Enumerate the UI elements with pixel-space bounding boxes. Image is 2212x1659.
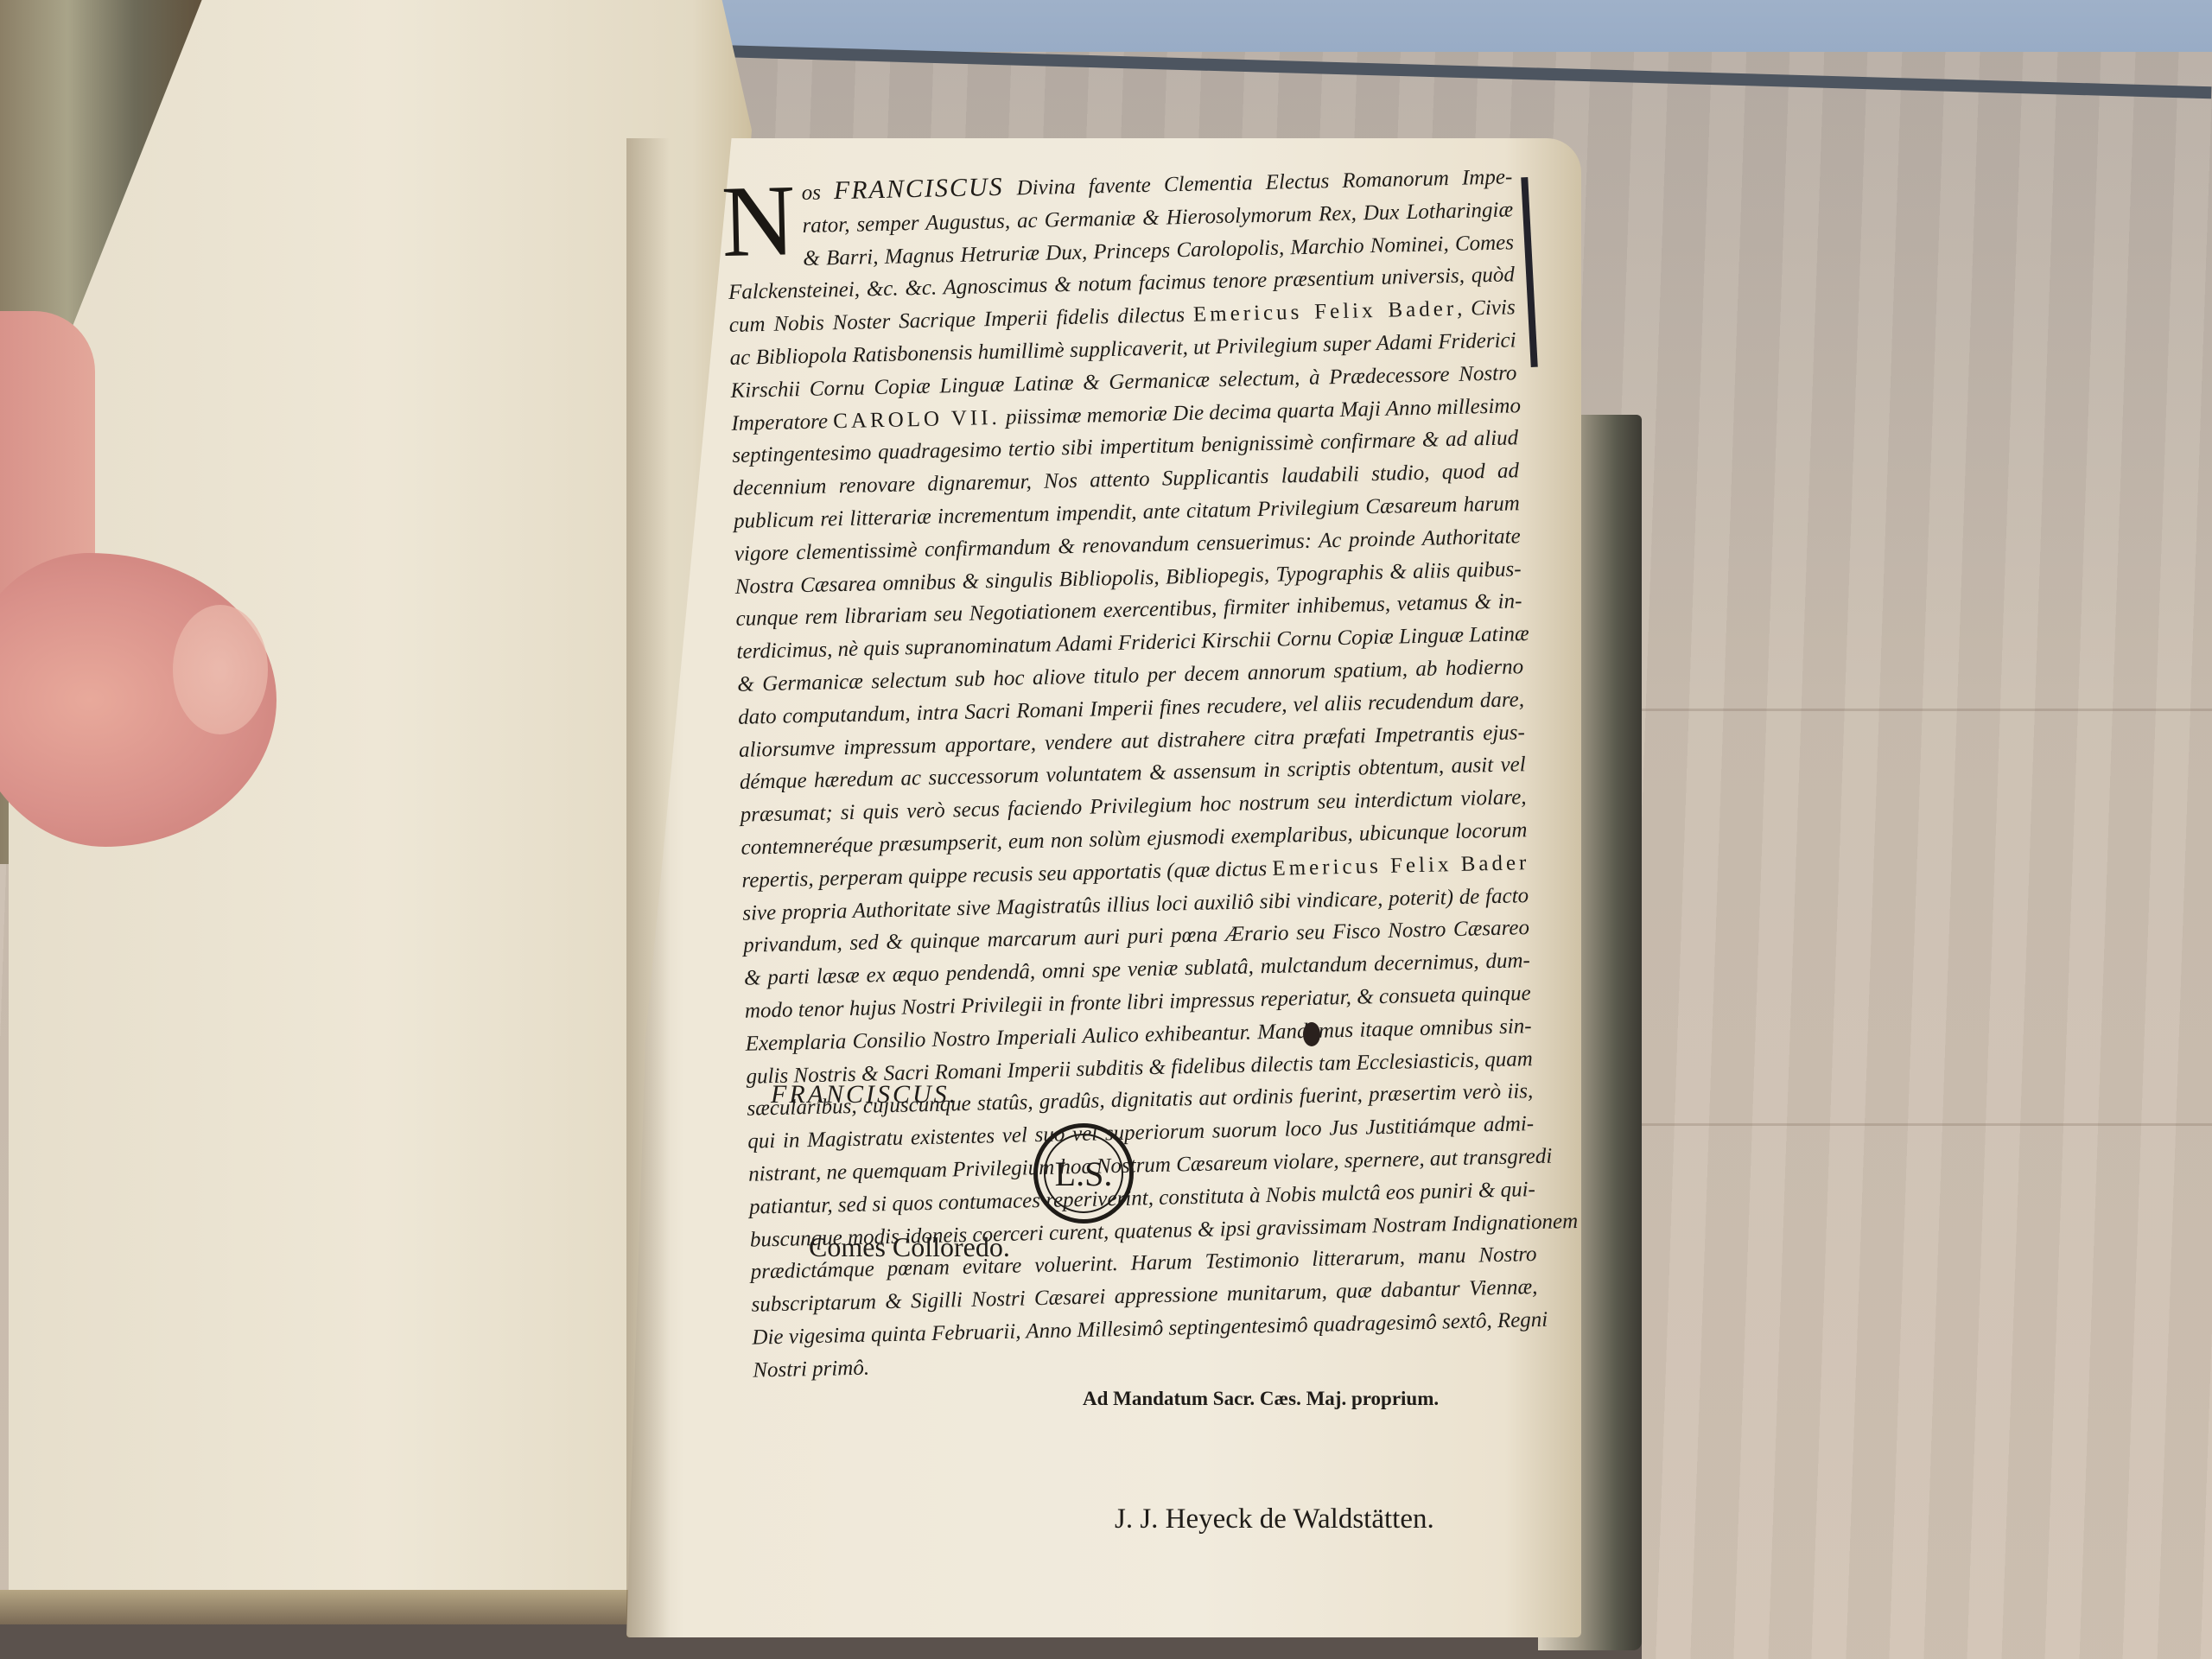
drop-cap: N xyxy=(721,179,796,264)
predecessor-name: CAROLO VII. xyxy=(833,405,1001,432)
table-board-seam xyxy=(1624,1123,2212,1126)
seal-icon: L.S. xyxy=(1033,1123,1134,1224)
privilege-text-block: N os FRANCISCUS Divina favente Clementia… xyxy=(726,159,1540,1387)
secretary-signature: J. J. Heyeck de Waldstätten. xyxy=(1115,1503,1434,1535)
left-page-bottom-edge xyxy=(0,1590,639,1624)
petitioner-name: Emericus Felix Bader xyxy=(1193,297,1458,327)
emperor-name: FRANCISCUS xyxy=(834,173,1004,205)
seal-inner-ring: L.S. xyxy=(1044,1134,1123,1213)
page-gutter-shadow xyxy=(626,138,670,1637)
table-board-seam xyxy=(1624,709,2212,711)
seal-text: L.S. xyxy=(1055,1154,1113,1194)
mandate-line: Ad Mandatum Sacr. Cæs. Maj. proprium. xyxy=(1083,1388,1439,1410)
thumbnail xyxy=(173,605,268,734)
countersignature: Comes Colloredo. xyxy=(809,1231,1010,1263)
ink-blot xyxy=(1303,1022,1320,1046)
emperor-signature: FRANCISCUS. xyxy=(771,1080,958,1109)
petitioner-name: Emericus Felix Bader xyxy=(1272,851,1530,880)
